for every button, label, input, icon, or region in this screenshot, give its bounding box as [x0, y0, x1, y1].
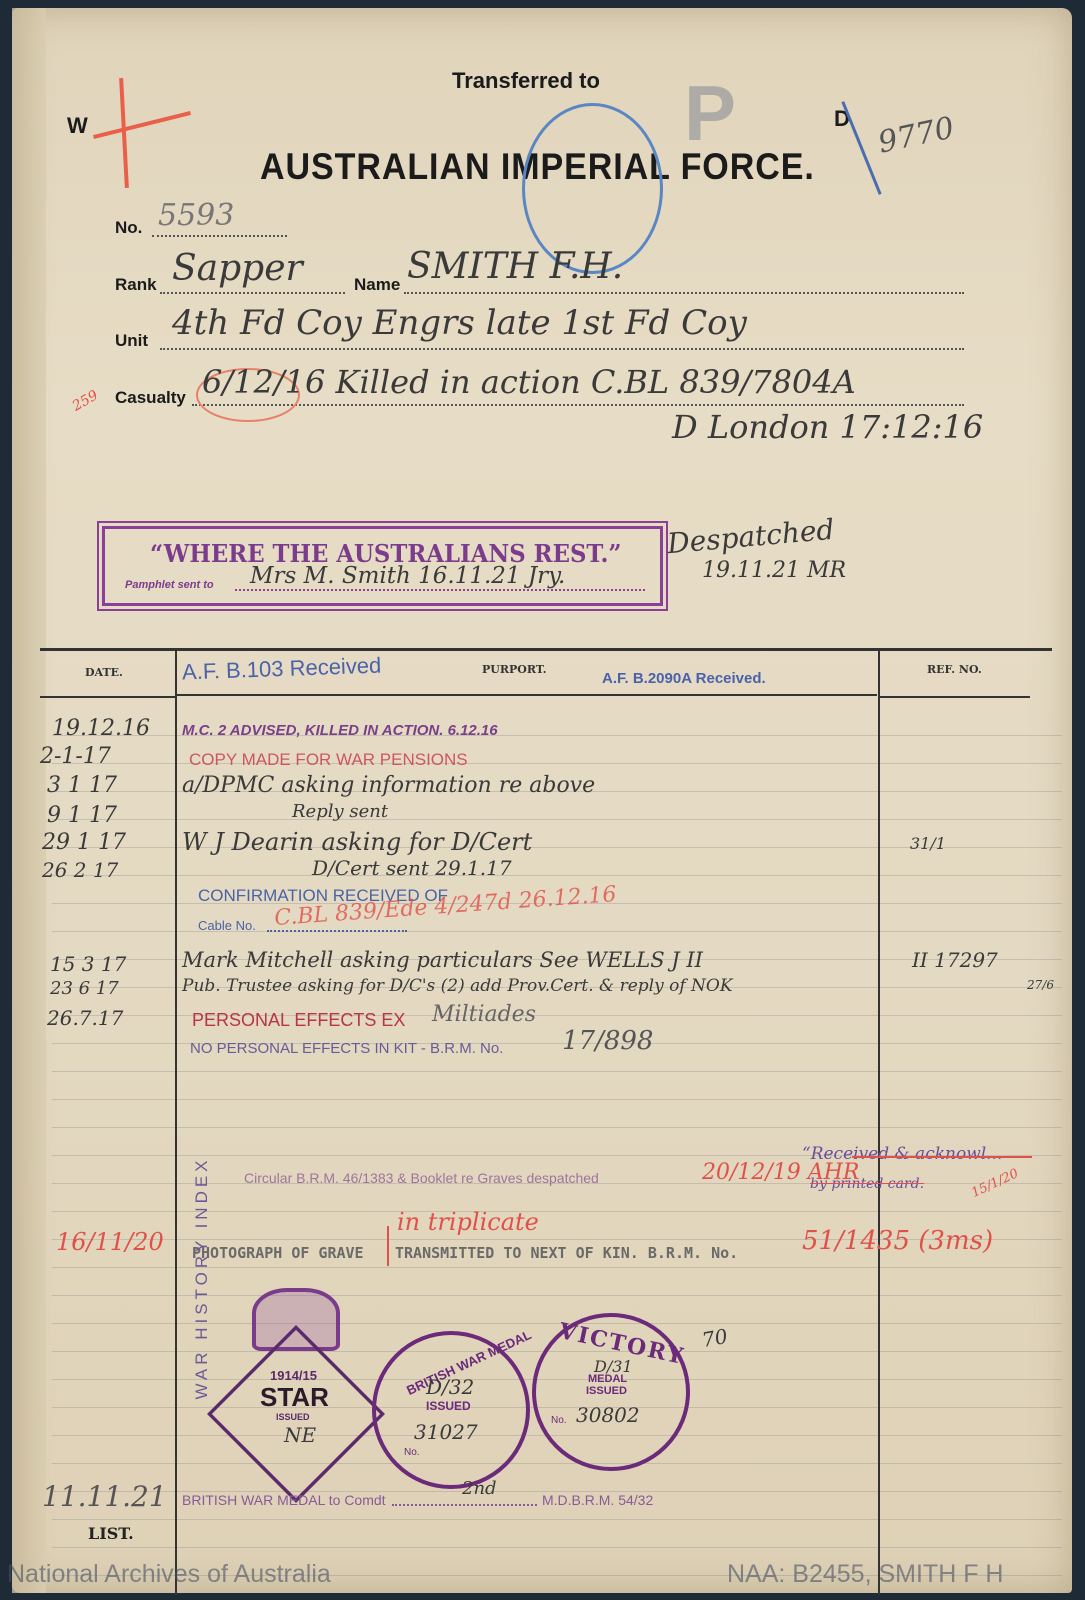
purport-header: PURPORT. [482, 663, 546, 676]
casualty-label: Casualty [115, 388, 186, 408]
date-header: DATE. [85, 666, 123, 679]
despatched-value: 19.11.21 MR [702, 558, 846, 583]
ref-header: REF. NO. [927, 663, 982, 676]
brm-number: 17/898 [562, 1026, 653, 1056]
af-b103-stamp: A.F. B.103 Received [182, 653, 382, 686]
row-text: D/Cert sent 29.1.17 [312, 856, 512, 880]
photograph-brm-number: 51/1435 (3ms) [802, 1226, 993, 1256]
received-note: “Received & acknowl... [802, 1144, 1002, 1164]
final-row-ref: M.D.B.R.M. 54/32 [542, 1492, 653, 1508]
victory-no-label: No. [551, 1415, 567, 1426]
record-reference-watermark: NAA: B2455, SMITH F H [727, 1560, 1003, 1589]
d-number: 9770 [875, 110, 957, 160]
row-date: 23 6 17 [50, 978, 119, 999]
bwm-code: D/32 [426, 1375, 474, 1399]
af-b2090a-stamp: A.F. B.2090A Received. [602, 670, 766, 687]
victory-medal-label: MEDAL [588, 1373, 627, 1385]
british-war-medal-stamp: BRITISH WAR MEDAL D/32 ISSUED 31027 No. [372, 1331, 530, 1489]
transferred-to-label: Transferred to [452, 68, 600, 94]
p-stamp: P [684, 68, 736, 159]
cable-no-label: Cable No. [198, 918, 256, 933]
red-cross-mark-bar [93, 111, 191, 139]
personal-effects-stamp: PERSONAL EFFECTS EX [192, 1010, 405, 1031]
final-row-text: BRITISH WAR MEDAL to Comdt [182, 1492, 386, 1508]
victory-medal-stamp: VICTORY D/31 MEDAL ISSUED No. 30802 [532, 1313, 690, 1471]
photograph-of-grave-stamp: PHOTOGRAPH OF GRAVE [192, 1244, 364, 1262]
bwm-issued: ISSUED [426, 1399, 471, 1413]
star-years: 1914/15 [270, 1368, 317, 1383]
star-medal-stamp: 1914/15 STAR ISSUED NE [192, 1288, 392, 1488]
row-text: M.C. 2 ADVISED, KILLED IN ACTION. 6.12.1… [182, 722, 498, 739]
unit-value: 4th Fd Coy Engrs late 1st Fd Coy [172, 303, 747, 343]
row-date: 19.12.16 [52, 716, 150, 741]
blue-strike-mark [841, 101, 881, 195]
casualty-line2: D London 17:12:16 [672, 408, 983, 446]
photograph-date: 16/11/20 [56, 1228, 164, 1256]
star-issued: ISSUED [276, 1412, 310, 1422]
row-ref: 31/1 [910, 834, 946, 853]
table-top-border [40, 648, 1052, 651]
ref-column-divider [878, 650, 880, 1595]
service-record-page: Transferred to W AUSTRALIAN IMPERIAL FOR… [12, 8, 1072, 1593]
w-label: W [67, 113, 88, 139]
final-row-value: 2nd [462, 1478, 497, 1499]
victory-number: 30802 [576, 1403, 640, 1427]
row-date: 3 1 17 [47, 773, 117, 798]
row-date: 29 1 17 [42, 830, 126, 855]
pamphlet-sent-label: Pamphlet sent to [125, 579, 214, 591]
list-label: LIST. [88, 1524, 134, 1543]
row-text: COPY MADE FOR WAR PENSIONS [189, 750, 468, 770]
unit-label: Unit [115, 331, 148, 351]
row-date: 26 2 17 [42, 858, 118, 882]
despatched-label: Despatched [666, 513, 836, 560]
row-text: Mark Mitchell asking particulars See WEL… [182, 948, 703, 972]
circular-stamp: Circular B.R.M. 46/1383 & Booklet re Gra… [244, 1170, 599, 1186]
row-date: 26.7.17 [47, 1006, 123, 1030]
casualty-margin-note: 259 [70, 387, 101, 414]
name-value: SMITH F.H. [407, 246, 623, 287]
bwm-number: 31027 [414, 1420, 478, 1444]
personal-effects-ship: Miltiades [432, 1002, 536, 1027]
row-text: Pub. Trustee asking for D/C's (2) add Pr… [182, 976, 733, 996]
no-personal-effects-stamp: NO PERSONAL EFFECTS IN KIT - B.R.M. No. [190, 1040, 503, 1057]
no-label: No. [115, 218, 142, 238]
bwm-no-label: No. [404, 1447, 420, 1458]
no-value: 5593 [158, 198, 234, 233]
pamphlet-stamp-box: “WHERE THE AUSTRALIANS REST.” Pamphlet s… [102, 526, 663, 606]
row-ref: 27/6 [1027, 978, 1054, 992]
victory-issued: ISSUED [586, 1385, 627, 1397]
star-label: STAR [260, 1382, 329, 1413]
row-date: 9 1 17 [47, 803, 117, 828]
transmitted-stamp: TRANSMITTED TO NEXT OF KIN. B.R.M. No. [395, 1244, 738, 1262]
row-text: W J Dearin asking for D/Cert [182, 828, 532, 856]
red-cross-mark [119, 78, 129, 188]
date-column-divider [175, 650, 177, 1595]
row-ref: II 17297 [912, 948, 998, 972]
triplicate-note: in triplicate [397, 1208, 539, 1236]
row-date: 15 3 17 [50, 952, 126, 976]
row-date: 2-1-17 [40, 744, 111, 769]
row-text: Reply sent [292, 801, 388, 822]
star-no: NE [284, 1423, 316, 1447]
row-text: a/DPMC asking information re above [182, 773, 595, 798]
pamphlet-sent-value: Mrs M. Smith 16.11.21 Jry. [250, 563, 565, 589]
name-label: Name [354, 275, 400, 295]
final-row-date: 11.11.21 [42, 1480, 167, 1513]
rank-label: Rank [115, 275, 157, 295]
casualty-value: 6/12/16 Killed in action C.BL 839/7804A [202, 363, 856, 401]
archive-watermark: National Archives of Australia [7, 1560, 331, 1589]
medal-side-note: 70 [700, 1324, 729, 1352]
printed-card-note: by printed card. [810, 1176, 924, 1192]
rank-value: Sapper [172, 248, 303, 289]
